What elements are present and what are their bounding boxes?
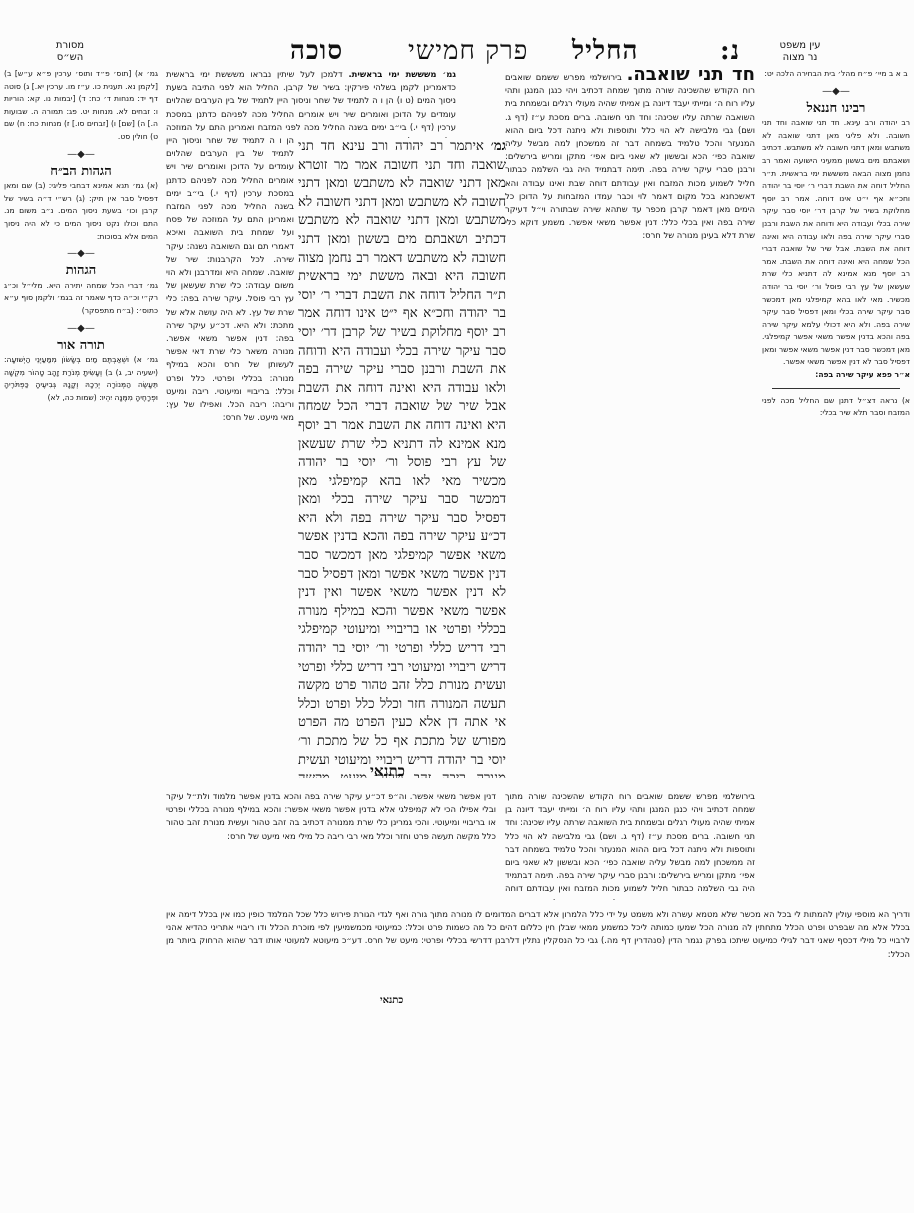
- masoret-line2: הש״ס: [40, 52, 100, 64]
- ein-mishpat-line1: עין משפט: [770, 40, 830, 52]
- tosafot-lower: בירושלמי מפרש ששמם שואבים רוח הקודש שהשכ…: [505, 790, 755, 900]
- ornament-divider: —◆—: [762, 87, 910, 97]
- tosafot-lower-text: ודריך הא מוספי עולין להמתות לי בכל הא מכ…: [166, 909, 910, 959]
- tosafot-katnai: כתנאי: [380, 995, 403, 1006]
- rashi-column: גמ׳ משששת ימי בראשית. דלמכן לעל שיתין נב…: [166, 68, 294, 768]
- gemara-column: גמ׳ איתמר רב יהודה ורב עינא חד תני שואבה…: [298, 138, 506, 778]
- footnote-divider: [772, 388, 900, 389]
- folio-number: נ:: [720, 36, 740, 66]
- rashi-lower-text: דנין אפשר משאי אפשר. וה״פ דכ״ע עיקר שירה…: [166, 791, 496, 841]
- chapter-name: החליל: [572, 36, 638, 66]
- tosafot-lower-a: בירושלמי מפרש ששמם שואבים רוח הקודש שהשכ…: [505, 791, 755, 900]
- chapter-number: פרק חמישי: [408, 36, 528, 66]
- tosafot-opening: חד תני שואבה.: [627, 68, 755, 85]
- rashi-lower: דנין אפשר משאי אפשר. וה״פ דכ״ע עיקר שירה…: [166, 790, 496, 900]
- ein-mishpat-column: ב א ב מיי׳ פ״ח מהל׳ בית הבחירה הלכה יט: …: [762, 68, 910, 838]
- ein-mishpat-footnote: א) נראה דצ״ל דתנן שם החליל מכה לפני המזב…: [762, 395, 910, 420]
- torah-or-text: גמ׳ א) וּשְׁאַבְתֶּם מַיִם בְּשָׂשׂוֹן מ…: [4, 354, 158, 404]
- hagahot-habach-text: (א) גמ׳ תנא אמינא דבחבי פליגי: (ב) שם ומ…: [4, 180, 158, 243]
- masoret-line1: מסורת: [40, 40, 100, 52]
- aleph-reish-line: א״ר פפא עיקר שירה בפה:: [762, 369, 910, 382]
- hagahot-title: הגהות: [4, 265, 158, 278]
- rashi-text-wide: דלמכן לעל שיתין נבראו משששת ימי בראשית כ…: [166, 69, 456, 138]
- ornament-divider: —◆—: [4, 249, 158, 259]
- gemara-katnai: כתנאי: [370, 762, 405, 781]
- gemara-opening: גמ׳: [491, 139, 506, 154]
- rashi-header-wide: גמ׳ משששת ימי בראשית.: [348, 69, 456, 79]
- masoret-refs: גמ׳ א) [תוס׳ פ״ד ותוס׳ ערכין פ״א ע״ש] ב)…: [4, 68, 158, 144]
- tractate-title: סוכה: [290, 36, 343, 66]
- torah-or-title: תורה אור: [4, 340, 158, 353]
- rashi-upper-wide: גמ׳ משששת ימי בראשית. דלמכן לעל שיתין נב…: [166, 68, 456, 138]
- masoret-hashas-label: מסורת הש״ס: [40, 40, 100, 64]
- rabbeinu-chananel-title: רבינו חננאל: [762, 103, 910, 116]
- tosafot-text: בירושלמי מפרש ששמם שואבים רוח הקודש שהשכ…: [505, 72, 755, 240]
- hagahot-text: גמ׳ דברי הכל שמחה יתירה היא. מלי״ל וכ״ג …: [4, 280, 158, 318]
- ein-mishpat-entry: ב א ב מיי׳ פ״ח מהל׳ בית הבחירה הלכה יט:: [762, 68, 910, 81]
- hagahot-habach-title: הגהות הב״ח: [4, 166, 158, 179]
- tosafot-column: חד תני שואבה. בירושלמי מפרש ששמם שואבים …: [505, 68, 755, 768]
- gemara-text: איתמר רב יהודה ורב עינא חד תני שואבה וחד…: [298, 139, 506, 778]
- ein-mishpat-line2: נר מצוה: [770, 52, 830, 64]
- ornament-divider: —◆—: [4, 150, 158, 160]
- masoret-column: גמ׳ א) [תוס׳ פ״ד ותוס׳ ערכין פ״א ע״ש] ב)…: [4, 68, 158, 788]
- ornament-divider: —◆—: [4, 324, 158, 334]
- ein-mishpat-label: עין משפט נר מצוה: [770, 40, 830, 64]
- tosafot-bottom-wide: ודריך הא מוספי עולין להמתות לי בכל הא מכ…: [166, 908, 910, 998]
- rabbeinu-chananel-text: רב יהודה ורב עינא. חד תני שואבה וחד תני …: [762, 117, 910, 369]
